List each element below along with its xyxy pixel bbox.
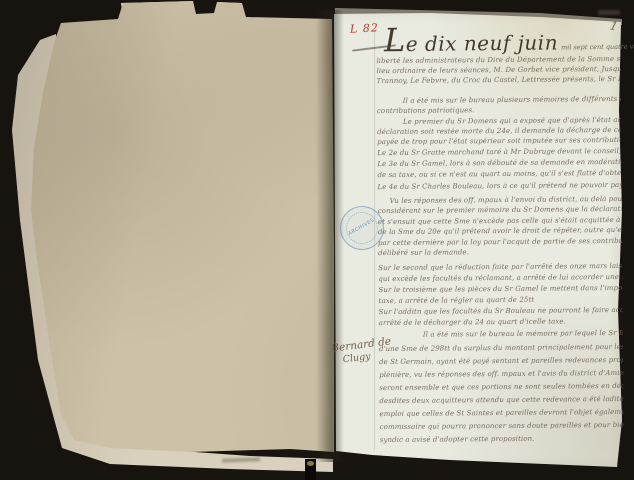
manuscript-line: contributions patriotiques. (377, 104, 621, 116)
manuscript-paragraph: Il a été mis sur le bureau plusieurs mém… (377, 94, 623, 116)
manuscript-paragraph: Sur le second que la réduction faite par… (378, 261, 624, 284)
manuscript-paragraph: d'une Sme de 298tt du surplus du montant… (379, 341, 626, 447)
manuscript-line: de sa taxe, ou si ce n'est au quart au m… (377, 167, 621, 180)
manuscript-line: syndic a avisé d'adopter cette propositi… (380, 432, 624, 447)
manuscript-paragraph: liberté les administrateurs du Dire du D… (376, 54, 622, 86)
manuscript-line: arrêté de le décharger du 24 au quart d'… (379, 315, 623, 328)
manuscript-line: Trannoy, Le Febvre, du Croc du Castel, L… (377, 74, 621, 86)
manuscript-line: délibéré sur la demande. (378, 246, 622, 259)
manuscript-paragraph: Sur le troisième que les pièces du Sr Ga… (378, 283, 624, 306)
manuscript-line: Il a été mis sur le bureau le mémoire pa… (379, 328, 623, 340)
manuscript-text: liberté les administrateurs du Dire du D… (376, 0, 626, 480)
manuscript-paragraph: Vu les réponses des off. mpaux à l'envoi… (378, 194, 625, 259)
manuscript-paragraph: Il a été mis sur le bureau le mémoire pa… (379, 328, 625, 340)
manuscript-line: Le 2e du Sr Gratte marchand taré à Mr Du… (377, 146, 621, 158)
manuscript-line: payée de trop pour l'état supérieur soit… (377, 135, 621, 147)
manuscript-paragraph: Sur l'additn que les facultés du Sr Boul… (379, 305, 625, 328)
book-cradle-post-cap (307, 461, 314, 466)
manuscript-paragraph: Le 3e du Sr Gamel, lors à son débouté de… (377, 157, 623, 180)
manuscript-line: taxe, a arrêté de la régler au quart de … (378, 293, 622, 306)
manuscript-line: Le 4e du Sr Charles Bouleau, lors à ce q… (377, 180, 621, 192)
manuscript-paragraph: Le premier du Sr Domens qui a exposé que… (377, 115, 623, 147)
archival-call-number: L 82 (350, 22, 379, 35)
manuscript-paragraph: Le 4e du Sr Charles Bouleau, lors à ce q… (377, 180, 623, 192)
manuscript-line: qui excède les facultés du réclamant, a … (378, 271, 622, 284)
binding-gutter-shadow (316, 10, 344, 462)
